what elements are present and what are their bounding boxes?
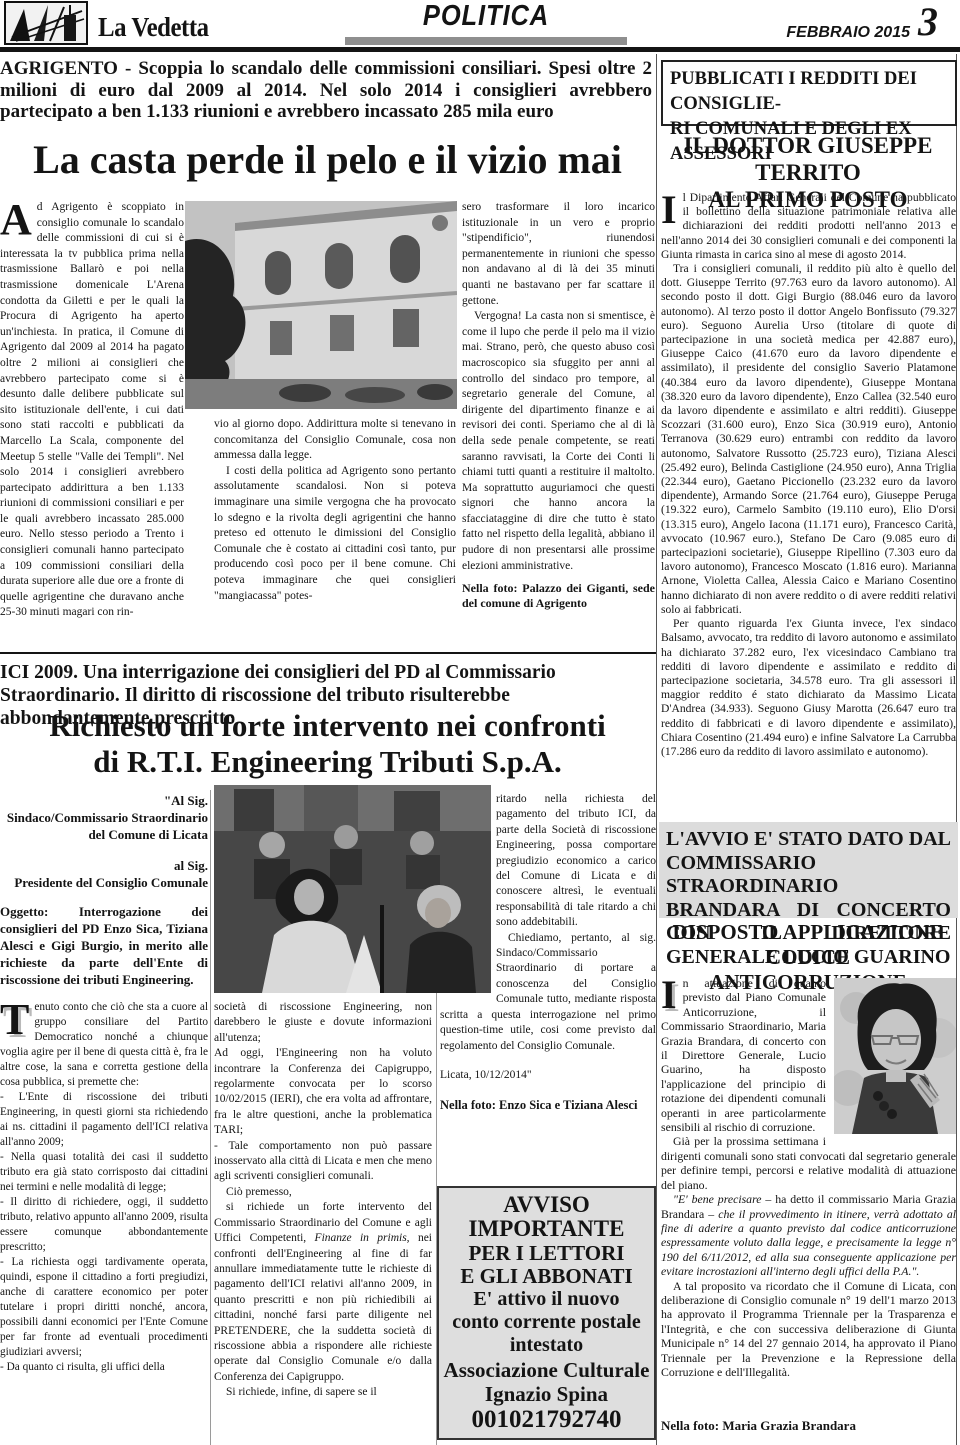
sidebar-box-heading: PUBBLICATI I REDDITI DEI CONSIGLIE- RI C…	[661, 60, 957, 126]
article1-col2-p2: I costi della politica ad Agrigento sono…	[214, 464, 456, 604]
article1-column1: Ad Agrigento è scoppiato in consiglio co…	[0, 200, 184, 653]
main-sidebar-divider	[656, 54, 657, 1445]
conference-photo	[214, 785, 491, 993]
article2-item: - Da quanto ci risulta, gli uffici della	[0, 1360, 208, 1375]
anticorruzione-p4: A tal proposito va ricordato che il Comu…	[661, 1279, 956, 1380]
article1-dropcap: A	[0, 200, 37, 238]
article1-lead: AGRIGENTO - Scoppia lo scandalo delle co…	[0, 58, 652, 123]
article1-col3-p2: Vergogna! La casta non si smentisce, è c…	[462, 309, 655, 574]
newspaper-page: La Vedetta POLITICA FEBBRAIO 2015 3 AGRI…	[0, 0, 960, 1445]
article1-col3-p1: sero trasformare il loro incarico istitu…	[462, 200, 655, 309]
article2-dateline: Licata, 10/12/2014"	[440, 1068, 656, 1083]
avviso-org: Associazione Culturale Ignazio Spina	[444, 1358, 650, 1406]
article2-item: - L'Ente di riscossione dei tributi Engi…	[0, 1090, 208, 1150]
article2-photo-caption: Nella foto: Enzo Sica e Tiziana Alesci	[440, 1097, 656, 1113]
article2-headline: Richiesto un forte intervento nei confro…	[0, 708, 655, 780]
finanze-in-primis-italic: Finanze in primis,	[315, 1232, 410, 1244]
article2-col2-p6: Si richiede, infine, di sapere se il	[214, 1385, 432, 1400]
sidebar-article-territo: Il Dipartimento Affari Generali del Comu…	[661, 191, 956, 819]
section-divider-rule	[0, 652, 656, 654]
article2-col2-p2: Ad oggi, l'Engineering non ha voluto inc…	[214, 1046, 432, 1138]
article2-dropcap: T	[0, 1000, 34, 1038]
article2-headline-line1: Richiesto un forte intervento nei confro…	[0, 708, 655, 744]
article1-col1-text: d Agrigento è scoppiato in consiglio com…	[0, 201, 184, 618]
article2-col2-p5: si richiede un forte intervento del Comm…	[214, 1200, 432, 1385]
column-rule-1	[210, 790, 211, 1445]
territo-p3: Per quanto riguarda l'ex Giunta invece, …	[661, 617, 956, 759]
salutation1-rest: Sindaco/Commissario Straordinario del Co…	[0, 809, 208, 843]
article2-column1: "Al Sig. Sindaco/Commissario Straordinar…	[0, 792, 208, 1445]
page-number: 3	[918, 0, 958, 44]
section-underline	[345, 37, 627, 45]
avviso-title: AVVISO IMPORTANTE	[443, 1193, 650, 1241]
article2-headline-line2: di R.T.I. Engineering Tributi S.p.A.	[0, 744, 655, 780]
article2-column2: società di riscossione Engineering, non …	[214, 1000, 432, 1445]
newspaper-logo-icon	[4, 1, 88, 45]
article2-item: - Il diritto di richiedere, oggi, il sud…	[0, 1195, 208, 1255]
article2-oggetto: Oggetto: Interrogazione dei consiglieri …	[0, 903, 208, 988]
anticorruzione-p3: "E' bene precisare – ha detto il commiss…	[661, 1192, 956, 1278]
sidebar-gray-box: L'AVVIO E' STATO DATO DAL COMMISSARIO ST…	[659, 822, 958, 918]
sidebar-article-anticorruzione: In attuazione di quanto previsto dal Pia…	[661, 976, 956, 1414]
article1-headline: La casta perde il pelo e il vizio mai	[0, 138, 655, 182]
avviso-account-number: 001021792740	[472, 1407, 622, 1433]
article2-item: - La richiesta oggi tardivamente operata…	[0, 1255, 208, 1360]
article2-col2-p3: - Tale comportamento non può passare ino…	[214, 1139, 432, 1185]
article2-col2-p4: Ciò premesso,	[214, 1185, 432, 1200]
salutation1-line1: "Al Sig.	[0, 792, 208, 809]
brandara-portrait-photo	[834, 978, 956, 1134]
anticorruzione-p2: Già per la prossima settimana i dirigent…	[661, 1134, 956, 1192]
anticorruzione-dropcap: I	[661, 976, 683, 1011]
article2-intro: Tenuto conto che ciò che sta a cuore al …	[0, 1000, 208, 1090]
masthead: La Vedetta POLITICA FEBBRAIO 2015 3	[0, 0, 960, 52]
article1-photo-caption: Nella foto: Palazzo dei Giganti, sede de…	[462, 581, 655, 611]
sidebar-photo-caption: Nella foto: Maria Grazia Brandara	[661, 1418, 956, 1434]
salutation2-rest: Presidente del Consiglio Comunale	[0, 874, 208, 891]
sidebar-right-rule	[956, 54, 957, 1445]
article1-column3: sero trasformare il loro incarico istitu…	[462, 200, 655, 655]
article1-column2: vio al giorno dopo. Addirittura molte si…	[214, 417, 456, 655]
territo-dropcap: I	[661, 191, 683, 226]
territo-p2: Tra i consiglieri comunali, il reddito p…	[661, 262, 956, 617]
avviso-importante-box: AVVISO IMPORTANTE PER I LETTORI E GLI AB…	[437, 1186, 656, 1440]
salutation2-line1: al Sig.	[0, 857, 208, 874]
issue-date: FEBBRAIO 2015	[760, 24, 910, 42]
avviso-body: E' attivo il nuovo conto corrente postal…	[452, 1288, 640, 1357]
section-title: POLITICA	[362, 0, 610, 33]
article1-col2-p1: vio al giorno dopo. Addirittura molte si…	[214, 417, 456, 464]
article2-col2-p1: società di riscossione Engineering, non …	[214, 1000, 432, 1046]
avviso-subtitle: PER I LETTORI E GLI ABBONATI	[460, 1242, 632, 1288]
article2-item: - Nella quasi totalità dei casi il sudde…	[0, 1150, 208, 1195]
palazzo-dei-giganti-photo	[185, 201, 457, 409]
paper-name: La Vedetta	[98, 12, 209, 43]
